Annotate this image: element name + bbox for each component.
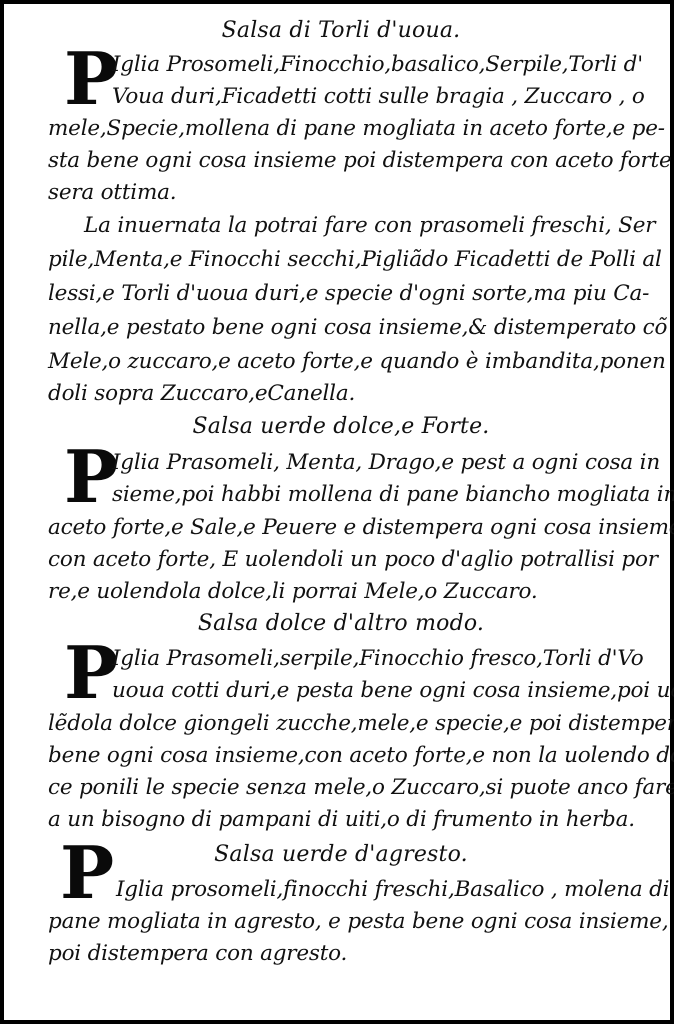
text-line: Iglia prosomeli,finocchi freschi,Basalic… — [116, 877, 669, 903]
text-line: Iglia Prasomeli,serpile,Finocchio fresco… — [112, 646, 643, 672]
text-line: uoua cotti duri,e pesta bene ogni cosa i… — [112, 678, 674, 704]
text-line: doli sopra Zuccaro,eCanella. — [48, 381, 355, 407]
text-line: sera ottima. — [48, 180, 176, 206]
drop-cap: P — [64, 46, 118, 112]
text-line: Mele,o zuccaro,e aceto forte,e quando è … — [48, 349, 666, 375]
text-line: sta bene ogni cosa insieme poi distemper… — [48, 148, 674, 174]
text-line: pile,Menta,e Finocchi secchi,Pigliãdo Fi… — [48, 247, 662, 273]
text-line: sieme,poi habbi mollena di pane biancho … — [112, 482, 674, 508]
text-line: Iglia Prasomeli, Menta, Drago,e pest a o… — [112, 450, 660, 476]
text-line: re,e uolendola dolce,li porrai Mele,o Zu… — [48, 579, 538, 605]
recipe-title: Salsa uerde d'agresto. — [4, 842, 674, 868]
text-line: ce ponili le specie senza mele,o Zuccaro… — [48, 775, 674, 801]
drop-cap: P — [64, 640, 118, 706]
text-line: bene ogni cosa insieme,con aceto forte,e… — [48, 743, 674, 769]
text-line: mele,Specie,mollena di pane mogliata in … — [48, 116, 665, 142]
text-line: Iglia Prosomeli,Finocchio,basalico,Serpi… — [112, 52, 643, 78]
book-page: Salsa di Torli d'uoua. P Iglia Prosomeli… — [0, 0, 674, 1024]
text-line: pane mogliata in agresto, e pesta bene o… — [48, 909, 674, 935]
text-line: poi distempera con agresto. — [48, 941, 347, 967]
text-line: lẽdola dolce giongeli zucche,mele,e spec… — [48, 711, 674, 737]
text-line: La inuernata la potrai fare con prasomel… — [84, 213, 655, 239]
text-line: nella,e pestato bene ogni cosa insieme,&… — [48, 315, 667, 341]
text-line: a un bisogno di pampani di uiti,o di fru… — [48, 807, 635, 833]
text-line: lessi,e Torli d'uoua duri,e specie d'ogn… — [48, 281, 649, 307]
text-line: con aceto forte, E uolendoli un poco d'a… — [48, 547, 658, 573]
text-line: aceto forte,e Sale,e Peuere e distempera… — [48, 515, 674, 541]
drop-cap: P — [64, 444, 118, 510]
text-line: Voua duri,Ficadetti cotti sulle bragia ,… — [112, 84, 645, 110]
